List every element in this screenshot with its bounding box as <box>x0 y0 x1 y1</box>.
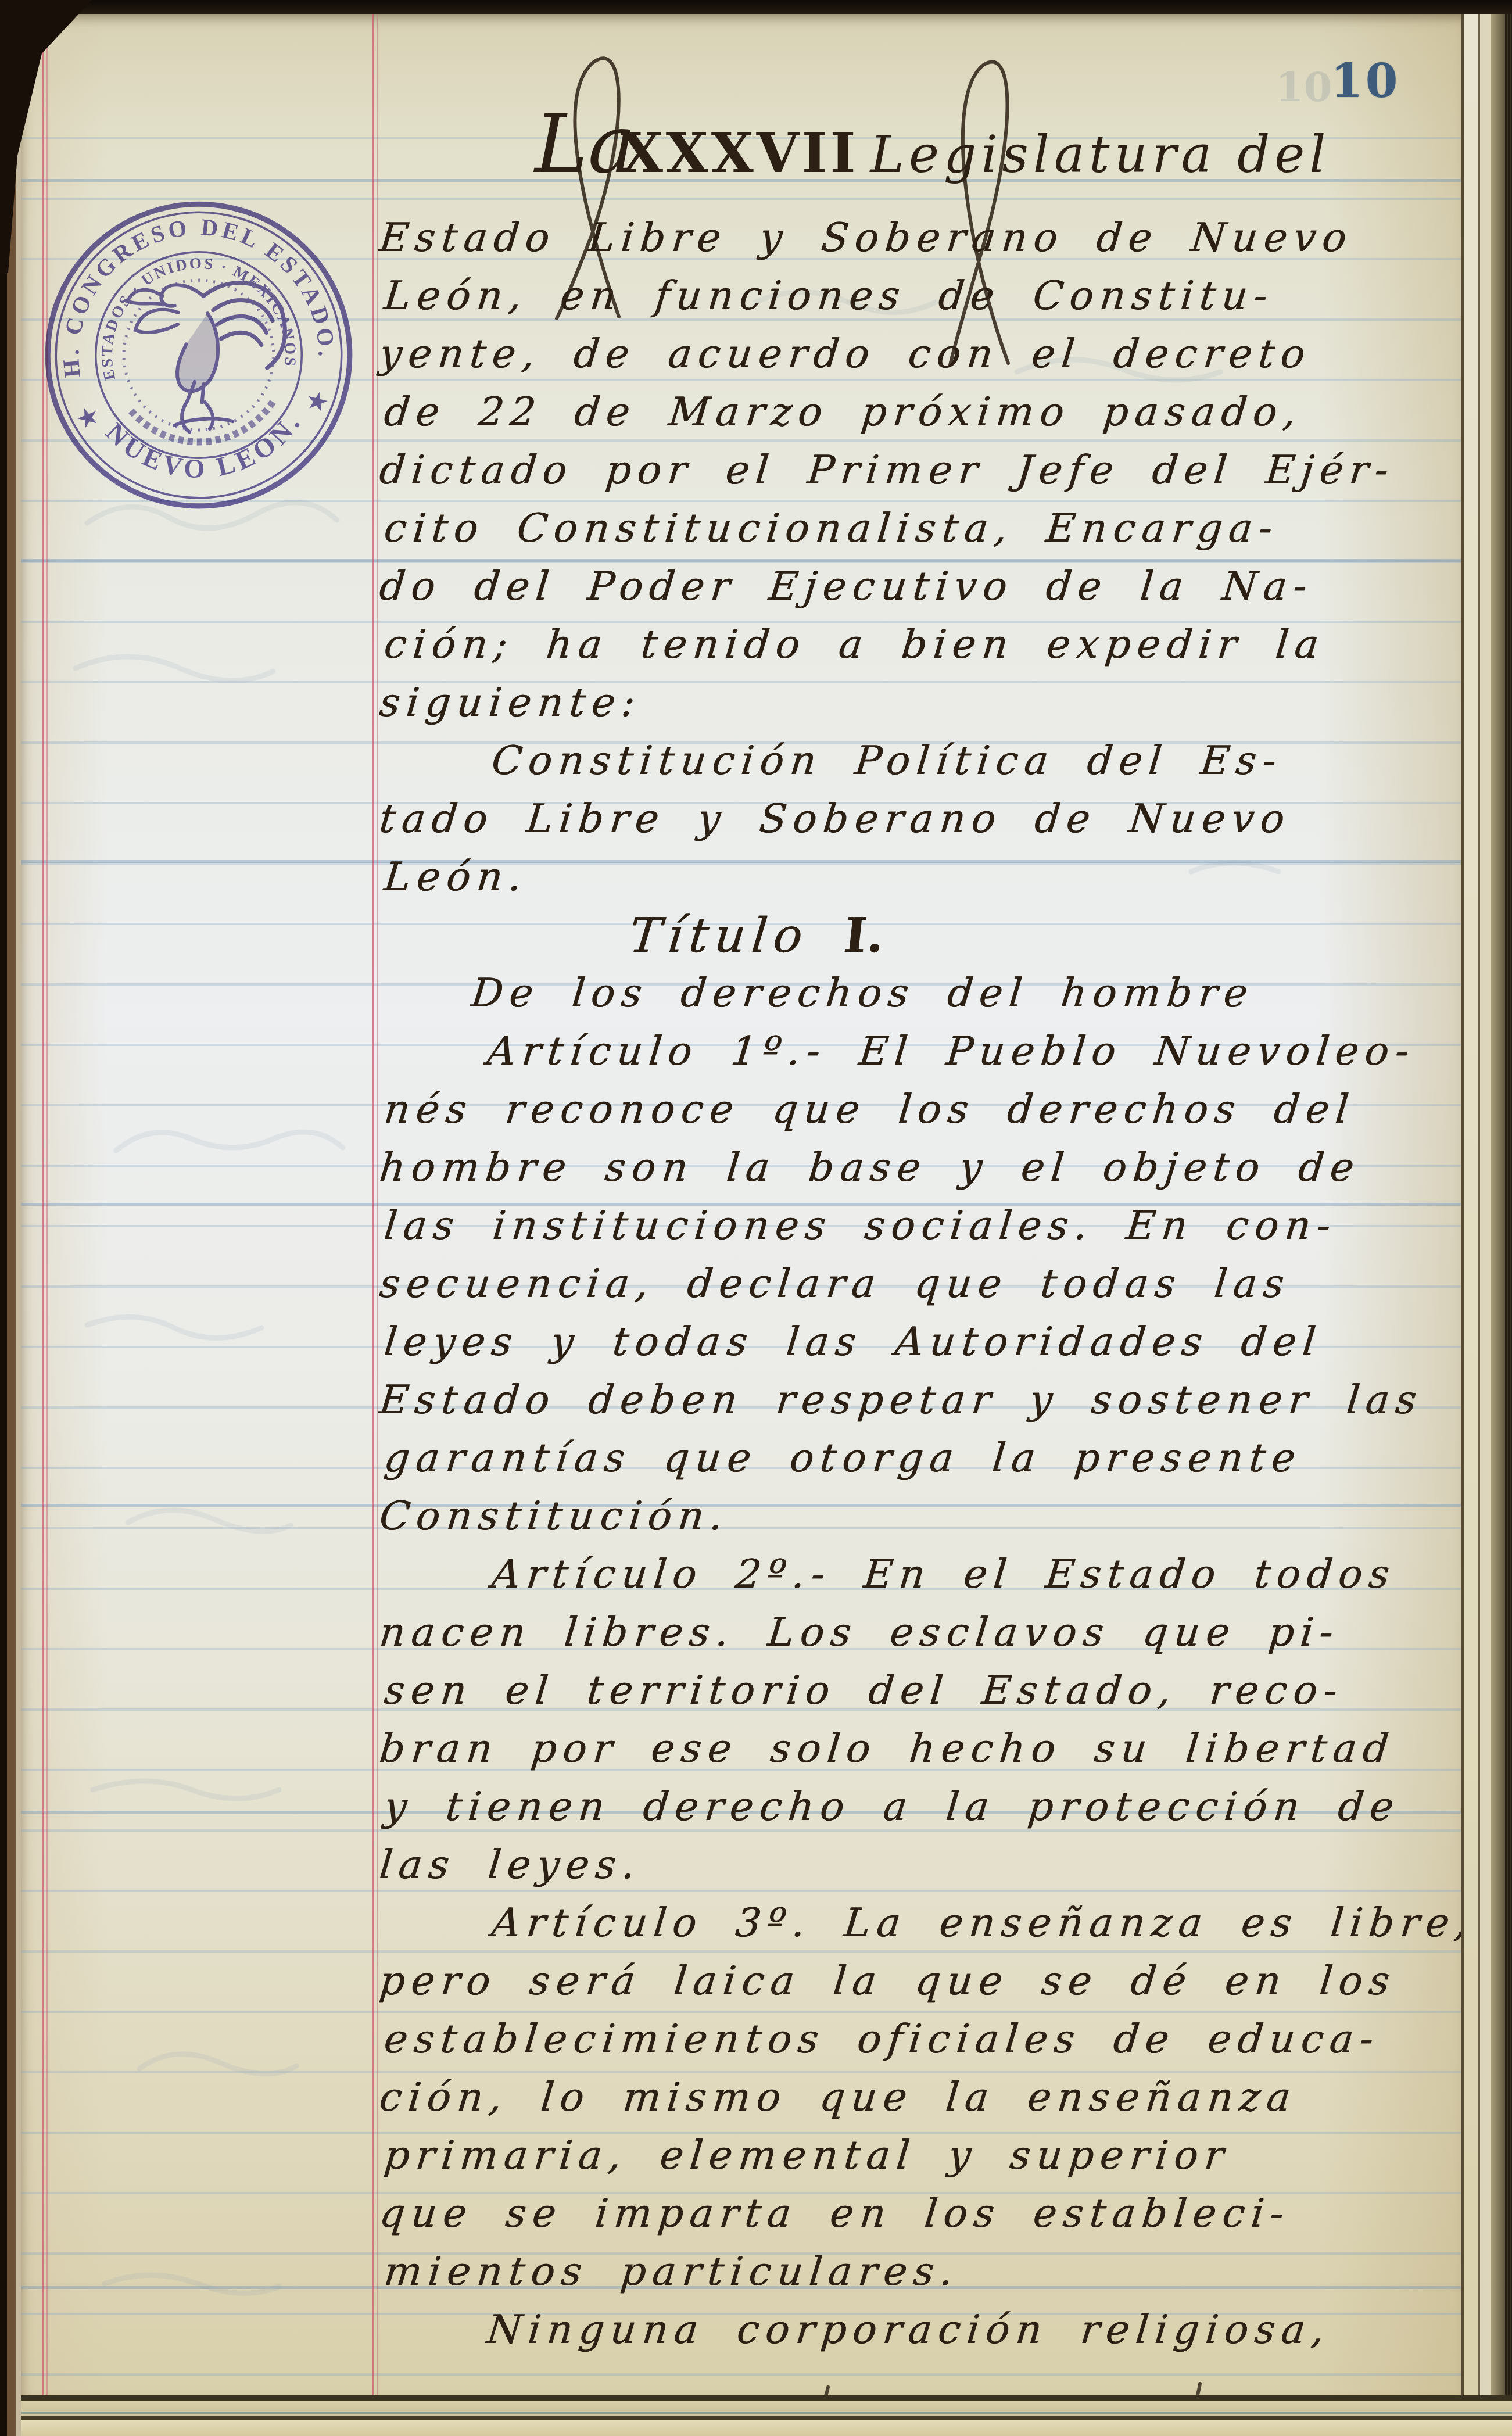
title-roman-numeral: I. <box>841 908 888 963</box>
manuscript-line: y tienen derecho a la protección de <box>381 1778 1475 1836</box>
bottom-rule-edge <box>0 2412 1512 2414</box>
manuscript-line: nacen libres. Los esclavos que pi- <box>377 1604 1475 1662</box>
page-number: 10 <box>1331 53 1400 108</box>
manuscript-line: de 22 de Marzo próximo pasado, <box>381 384 1475 442</box>
manuscript-line: dictado por el Primer Jefe del Ejér- <box>377 442 1475 500</box>
manuscript-line: secuencia, declara que todas las <box>377 1255 1475 1313</box>
bottom-page-edge <box>0 2395 1512 2401</box>
manuscript-line: Ninguna corporación religiosa, <box>377 2301 1475 2359</box>
manuscript-line: tado Libre y Soberano de Nuevo <box>377 790 1475 848</box>
manuscript-line: Constitución. <box>377 1488 1475 1546</box>
manuscript-line: establecimientos oficiales de educa- <box>381 2011 1475 2069</box>
page-stack-shadow <box>1505 0 1512 2436</box>
top-book-edge <box>0 0 1512 14</box>
manuscript-line: mientos particulares. <box>381 2243 1475 2301</box>
manuscript-line: nés reconoce que los derechos del <box>381 1081 1475 1139</box>
manuscript-line: yente, de acuerdo con el decreto <box>377 325 1475 384</box>
star-icon: ★ <box>302 384 332 418</box>
manuscript-line: Artículo 1º.- El Pueblo Nuevoleo- <box>377 1023 1475 1081</box>
manuscript-line: bran por ese solo hecho su libertad <box>377 1720 1475 1778</box>
manuscript-line: las instituciones sociales. En con- <box>381 1197 1475 1255</box>
manuscript-line: Estado deben respetar y sostener las <box>377 1371 1475 1430</box>
manuscript-line: que se imparta en los estableci- <box>377 2185 1475 2243</box>
manuscript-line: do del Poder Ejecutivo de la Na- <box>377 558 1475 616</box>
manuscript-line: León, en funciones de Constitu- <box>381 267 1475 325</box>
document-heading: LaXXXVIILegislatura del <box>535 98 1330 191</box>
manuscript-line: sen el territorio del Estado, reco- <box>381 1662 1475 1720</box>
manuscript-line: León. <box>381 848 1475 907</box>
manuscript-line: hombre son la base y el objeto de <box>377 1139 1475 1197</box>
manuscript-line: las leyes. <box>377 1836 1475 1894</box>
bottom-page-stack <box>0 2420 1512 2436</box>
next-page-edge <box>1480 0 1491 2436</box>
manuscript-line: Artículo 2º.- En el Estado todos <box>381 1546 1475 1604</box>
heading-rest: Legislatura del <box>870 124 1331 184</box>
manuscript-line: cito Constitucionalista, Encarga- <box>381 500 1475 558</box>
manuscript-line: siguiente: <box>377 674 1475 732</box>
manuscript-line: ción; ha tenido a bien expedir la <box>381 616 1475 674</box>
manuscript-title-line: Título I. <box>377 907 1475 965</box>
next-page-edge <box>1464 0 1478 2436</box>
red-margin-line <box>372 14 374 2395</box>
manuscript-line: Estado Libre y Soberano de Nuevo <box>377 209 1475 267</box>
manuscript-line: garantías que otorga la presente <box>381 1430 1475 1488</box>
page-stack-edge <box>1491 0 1505 2436</box>
manuscript-text: Estado Libre y Soberano de Nuevo León, e… <box>377 209 1469 2359</box>
manuscript-line: Constitución Política del Es- <box>381 732 1475 790</box>
manuscript-line: leyes y todas las Autoridades del <box>381 1313 1475 1371</box>
scanned-manuscript-page: { "folio": { "number": "10" }, "heading"… <box>0 0 1512 2436</box>
binding-edge <box>0 0 23 2436</box>
manuscript-line: De los derechos del hombre <box>381 965 1475 1023</box>
manuscript-line: pero será laica la que se dé en los <box>377 1953 1475 2011</box>
bottom-page-shadow <box>0 2416 1512 2420</box>
manuscript-line: ción, lo mismo que la enseñanza <box>377 2069 1475 2127</box>
manuscript-line: Artículo 3º. La enseñanza es libre; <box>381 1894 1475 1953</box>
congress-seal-stamp: H. CONGRESO DEL ESTADO. NUEVO LEON. ESTA… <box>35 188 363 516</box>
manuscript-line: primaria, elemental y superior <box>381 2127 1475 2185</box>
heading-legislature-numeral: XXXVII <box>621 121 859 185</box>
title-word: Título <box>626 908 847 963</box>
